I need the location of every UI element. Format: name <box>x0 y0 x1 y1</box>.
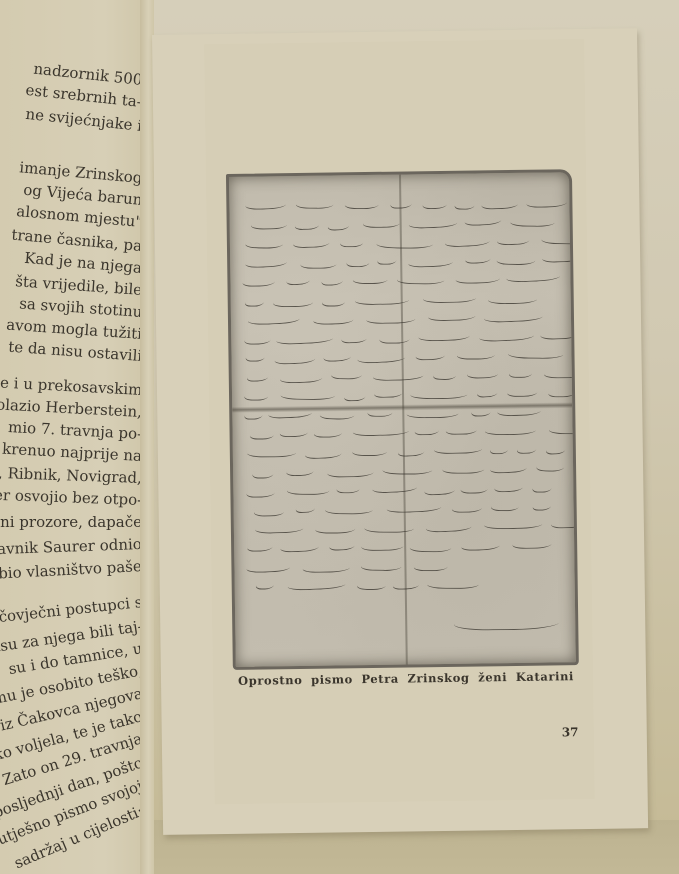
handwriting-stroke <box>515 443 539 454</box>
handwriting-stroke <box>504 270 563 283</box>
handwriting-stroke <box>242 389 271 400</box>
handwriting-stroke <box>293 219 322 231</box>
handwriting-stroke <box>480 197 521 209</box>
handwriting-stroke <box>244 198 290 210</box>
handwriting-stroke <box>313 523 358 534</box>
handwriting-stroke <box>254 579 277 590</box>
handwriting-stroke <box>506 347 566 359</box>
handwriting-stroke <box>459 482 491 493</box>
handwriting-stroke <box>421 198 450 209</box>
handwriting-stroke <box>525 196 570 208</box>
page-number: 37 <box>562 725 579 739</box>
handwriting-stroke <box>493 481 526 493</box>
handwriting-stroke <box>547 386 579 397</box>
handwriting-stroke <box>294 198 337 210</box>
handwriting-stroke <box>343 198 382 209</box>
handwriting-stroke <box>362 522 417 534</box>
handwriting-stroke <box>343 390 369 402</box>
handwriting-stroke <box>285 274 313 286</box>
handwriting-stroke <box>299 257 340 268</box>
handwriting-stroke <box>489 461 530 474</box>
signature-stroke <box>450 612 565 631</box>
handwriting-stroke <box>242 333 273 345</box>
body-text-line: tavnik Saurer odnio <box>0 534 142 559</box>
handwriting-stroke <box>249 218 290 229</box>
handwriting-stroke <box>494 254 538 265</box>
handwriting-stroke <box>325 465 376 477</box>
handwriting-stroke <box>417 329 473 341</box>
handwriting-stroke <box>318 408 358 420</box>
handwriting-stroke <box>483 424 539 436</box>
handwriting-stroke <box>243 295 267 306</box>
handwriting-stroke <box>477 329 536 342</box>
handwriting-stroke <box>273 352 318 365</box>
handwriting-stroke <box>380 463 434 474</box>
handwriting-stroke <box>320 295 348 306</box>
handwriting-stroke <box>545 444 569 455</box>
handwriting-stroke <box>408 540 455 552</box>
handwriting-stroke <box>406 255 456 268</box>
handwriting-stroke <box>376 254 400 265</box>
handwriting-stroke <box>278 389 338 401</box>
handwriting-stroke <box>414 349 448 361</box>
handwriting-stroke <box>424 520 475 533</box>
handwriting-stroke <box>450 502 485 514</box>
handwriting-stroke <box>285 484 333 496</box>
handwriting-stroke <box>366 406 396 417</box>
handwriting-stroke <box>294 502 318 514</box>
handwriting-stroke <box>241 275 278 287</box>
handwriting-stroke <box>243 256 290 269</box>
handwriting-stroke <box>364 312 418 324</box>
handwriting-stroke <box>372 387 405 399</box>
handwriting-stroke <box>279 540 322 553</box>
handwriting-stroke <box>278 426 311 438</box>
handwriting-stroke <box>421 292 479 304</box>
handwriting-stroke <box>340 332 370 344</box>
body-text-line: er osvojio bez otpo- <box>0 485 142 510</box>
handwriting-stroke <box>353 293 412 305</box>
handwriting-stroke <box>285 465 317 477</box>
handwriting-stroke <box>463 252 493 264</box>
handwriting-stroke <box>431 369 459 380</box>
handwriting-stroke <box>506 385 541 396</box>
body-text-line: , Ribnik, Novigrad, <box>0 463 142 488</box>
handwriting-stroke <box>407 216 461 229</box>
handwriting-stroke <box>454 272 503 284</box>
handwriting-stroke <box>274 331 336 345</box>
handwriting-stroke <box>356 579 390 591</box>
handwriting-stroke <box>245 561 294 574</box>
handwriting-stroke <box>351 273 390 284</box>
handwriting-stroke <box>496 233 533 245</box>
handwriting-stroke <box>531 481 555 492</box>
handwriting-stroke <box>350 445 390 456</box>
handwriting-stroke <box>253 521 306 533</box>
handwriting-stroke <box>465 367 501 378</box>
left-page-body-text: nadzornik 500est srebrnih ta-ne svijećnj… <box>0 0 150 874</box>
handwriting-stroke <box>483 310 546 323</box>
handwriting-stroke <box>489 500 522 512</box>
handwriting-stroke <box>271 295 316 307</box>
handwriting-stroke <box>531 499 554 511</box>
handwriting-stroke <box>508 215 558 227</box>
handwriting-stroke <box>549 517 579 529</box>
handwriting-stroke <box>360 539 407 551</box>
handwriting-stroke <box>322 350 354 362</box>
handwriting-stroke <box>323 503 376 514</box>
handwriting-stroke <box>326 219 352 231</box>
handwriting-stroke <box>482 518 545 530</box>
handwriting-stroke <box>377 332 412 343</box>
handwriting-stroke <box>246 540 276 552</box>
handwriting-stroke <box>329 369 365 381</box>
handwriting-stroke <box>476 386 501 398</box>
handwriting-stroke <box>426 309 478 321</box>
handwriting-stroke <box>345 256 373 267</box>
handwriting-stroke <box>371 369 426 382</box>
right-page: Oprostno pismo Petra Zrinskog ženi Katar… <box>152 28 648 835</box>
handwriting-stroke <box>245 486 278 498</box>
handwriting-stroke <box>392 578 423 590</box>
handwriting-stroke <box>385 500 444 513</box>
handwriting-stroke <box>409 388 471 399</box>
handwriting-stroke <box>459 539 502 552</box>
manuscript-facsimile-image <box>226 169 579 670</box>
handwriting-stroke <box>247 312 303 325</box>
handwriting-stroke <box>244 351 268 362</box>
handwriting-stroke <box>243 409 266 420</box>
handwriting-stroke <box>253 505 288 516</box>
handwriting-stroke <box>371 481 420 494</box>
handwriting-stroke <box>301 561 353 573</box>
handwriting-stroke <box>286 577 349 591</box>
body-text-line: bio vlasništvo paše <box>0 556 143 583</box>
handwriting-stroke <box>542 367 579 378</box>
handwriting-stroke <box>453 198 478 209</box>
handwriting-stroke <box>248 428 277 439</box>
handwriting-stroke <box>291 236 332 248</box>
handwriting-stroke <box>375 237 436 249</box>
handwriting-stroke <box>432 442 485 454</box>
handwriting-stroke <box>547 423 579 434</box>
handwriting-stroke <box>463 214 504 227</box>
handwriting-stroke <box>244 238 287 249</box>
handwriting-stroke <box>388 198 414 210</box>
left-page: nadzornik 500est srebrnih ta-ne svijećnj… <box>0 0 150 874</box>
handwriting-stroke <box>423 483 458 495</box>
handwriting-stroke <box>507 367 535 378</box>
handwriting-stroke <box>320 274 346 286</box>
handwriting-stroke <box>395 273 447 285</box>
handwriting-stroke <box>538 328 579 340</box>
handwriting-stroke <box>535 460 567 472</box>
body-text-line: a ni prozore, dapače <box>0 512 142 532</box>
handwriting-stroke <box>470 405 494 416</box>
handwriting-stroke <box>245 446 299 457</box>
handwriting-stroke <box>335 482 363 493</box>
handwriting-stroke <box>250 467 276 478</box>
handwriting-stroke <box>511 537 555 549</box>
handwriting-stroke <box>328 539 358 551</box>
handwriting-stroke <box>455 348 498 359</box>
handwriting-stroke <box>405 407 462 419</box>
handwriting-stroke <box>413 424 442 436</box>
handwriting-stroke <box>440 463 487 474</box>
handwriting-stroke <box>443 234 492 247</box>
handwriting-stroke <box>339 236 367 247</box>
handwriting-stroke <box>361 216 403 227</box>
handwriting-stroke <box>359 560 405 572</box>
handwriting-stroke <box>425 578 481 589</box>
handwriting-stroke <box>444 424 480 436</box>
handwriting-stroke <box>267 406 315 419</box>
handwriting-stroke <box>412 560 451 571</box>
handwriting-stroke <box>486 292 540 304</box>
handwriting-stroke <box>245 370 271 382</box>
handwriting-stroke <box>279 371 326 383</box>
handwriting-stroke <box>312 313 357 325</box>
handwriting-stroke <box>495 404 543 416</box>
handwriting-stroke <box>396 445 427 457</box>
handwriting-stroke <box>303 446 345 459</box>
handwriting-stroke <box>312 427 345 438</box>
handwriting-stroke <box>488 443 511 454</box>
book-gutter <box>140 0 154 874</box>
